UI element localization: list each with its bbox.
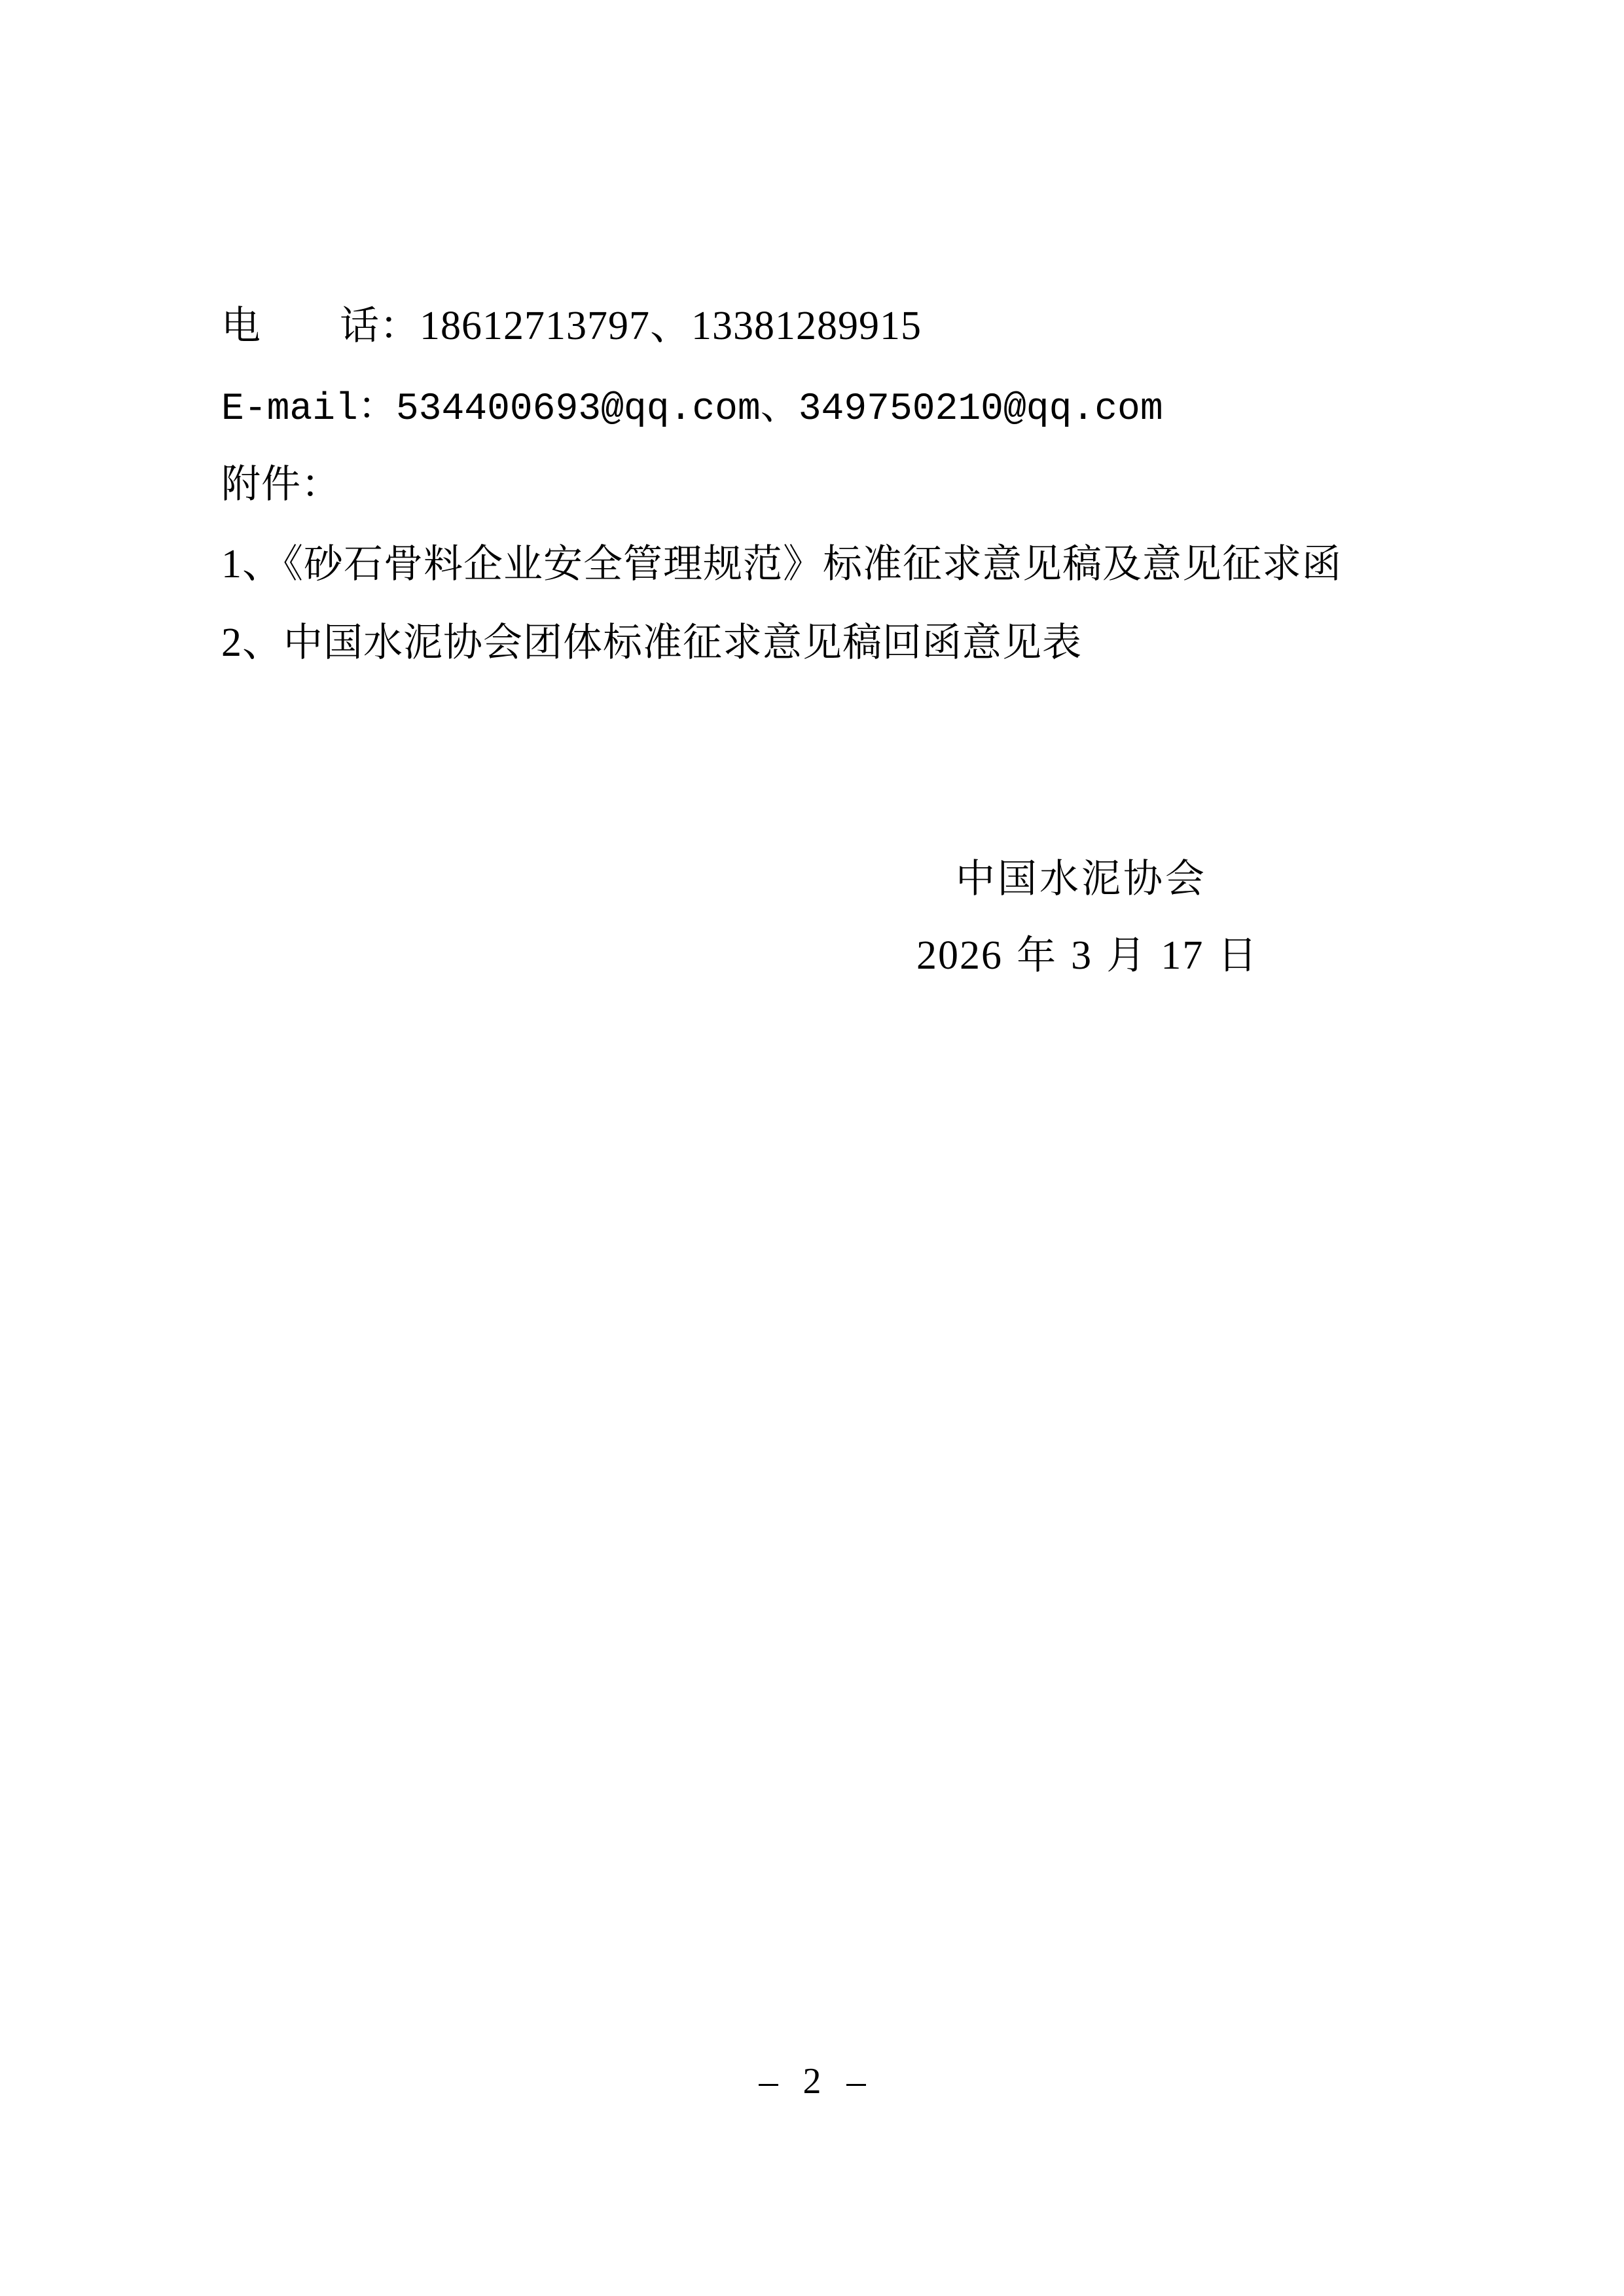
attachment-item-2: 2、中国水泥协会团体标准征求意见稿回函意见表 bbox=[221, 617, 1082, 669]
phone-line: 电话：18612713797、13381289915 bbox=[221, 300, 922, 352]
signature-date: 2026 年 3 月 17 日 bbox=[916, 929, 1258, 982]
page-number-value: 2 bbox=[803, 2061, 821, 2102]
signature-organization: 中国水泥协会 bbox=[956, 853, 1207, 905]
attachment-item-1: 1、《砂石骨料企业安全管理规范》标准征求意见稿及意见征求函 bbox=[221, 538, 1342, 590]
date-month: 3 bbox=[1071, 933, 1092, 978]
page-number: 2 bbox=[0, 2058, 1624, 2104]
phone-label-char1: 电 bbox=[221, 303, 261, 349]
dash-left bbox=[759, 2084, 778, 2086]
date-year-unit: 年 bbox=[1017, 933, 1057, 978]
attachment-number: 1、 bbox=[221, 542, 283, 586]
email-label: E-mail： bbox=[221, 388, 396, 431]
document-page: 电话：18612713797、13381289915 E-mail：534400… bbox=[0, 0, 1624, 2296]
attachment-title: 中国水泥协会团体标准征求意见稿回函意见表 bbox=[283, 620, 1082, 666]
phone-numbers: 18612713797、13381289915 bbox=[420, 304, 922, 348]
date-month-unit: 月 bbox=[1106, 933, 1147, 978]
attachment-number: 2、 bbox=[221, 620, 283, 665]
email-addresses: 534400693@qq.com、349750210@qq.com bbox=[396, 388, 1163, 431]
phone-label-char2: 话： bbox=[340, 303, 420, 349]
date-day: 17 bbox=[1161, 933, 1204, 978]
date-day-unit: 日 bbox=[1218, 933, 1258, 978]
attachment-title: 《砂石骨料企业安全管理规范》标准征求意见稿及意见征求函 bbox=[283, 541, 1342, 587]
attachments-heading: 附件： bbox=[221, 458, 341, 511]
email-line: E-mail：534400693@qq.com、349750210@qq.com bbox=[221, 380, 1163, 432]
dash-right bbox=[846, 2084, 866, 2086]
date-year: 2026 bbox=[916, 933, 1003, 978]
